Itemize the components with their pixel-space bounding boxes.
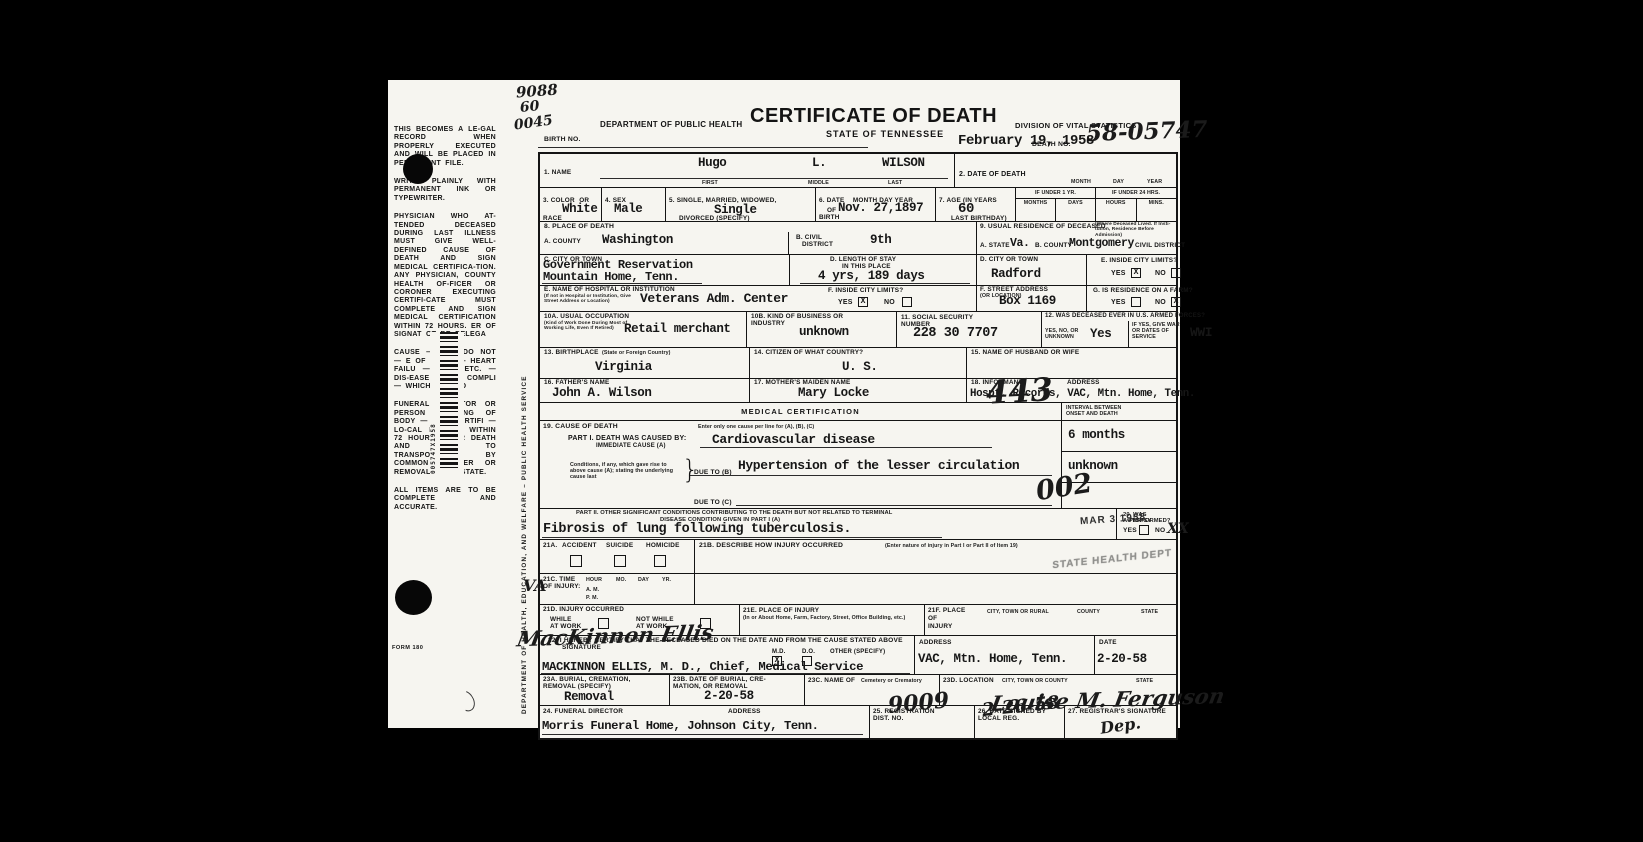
armed-value-1: Yes [1090, 328, 1111, 341]
row-hospital: E. NAME OF HOSPITAL OR INSTITUTION (If n… [540, 286, 1176, 312]
field-mother: 17. MOTHER'S MAIDEN NAME Mary Locke [750, 379, 967, 402]
23b-value: 2-20-58 [704, 690, 754, 703]
hole-punch-bottom [395, 580, 432, 615]
field-burial-type: 23A. BURIAL, CREMATION, REMOVAL (SPECIFY… [540, 675, 670, 705]
medical-certification-band: MEDICAL CERTIFICATION [540, 403, 1062, 420]
row-parents: 16. FATHER'S NAME John A. Wilson 17. MOT… [540, 379, 1176, 403]
spouse-label: 15. NAME OF HUSBAND OR WIFE [971, 349, 1079, 356]
medical-certification-title: MEDICAL CERTIFICATION [540, 403, 1061, 416]
funeral-director-value: Morris Funeral Home, Johnson City, Tenn. [542, 720, 819, 733]
row-occupation: 10A. USUAL OCCUPATION (Kind of Work Done… [540, 312, 1176, 348]
occupation-note: (Kind of Work Done During Most of Workin… [544, 321, 628, 331]
cause-a-value: Cardiovascular disease [712, 433, 875, 446]
date-of-death-day: DAY [1113, 179, 1124, 185]
state-label: STATE OF TENNESSEE [826, 129, 944, 139]
certify-line [541, 673, 910, 674]
field-birthplace: 13. BIRTHPLACE (State or Foreign Country… [540, 348, 750, 378]
street-value: Box 1169 [999, 295, 1056, 308]
field-if-under-24hrs: IF UNDER 24 HRS. HOURS MINS. [1096, 188, 1176, 221]
name-first-value: Hugo [698, 157, 726, 170]
field-residence-farm: G. IS RESIDENCE ON A FARM? YES NO X [1087, 286, 1176, 311]
name-last-value: WILSON [882, 157, 925, 170]
residence-limits-no-checkbox [1171, 268, 1181, 278]
sex-value: Male [614, 203, 642, 216]
field-age: 7. AGE (IN YEARS LAST BIRTHDAY) 60 [936, 188, 1016, 221]
23d-state-label: STATE [1136, 678, 1153, 684]
field-ssn: 11. SOCIAL SECURITY NUMBER 228 30 7707 [897, 312, 1042, 347]
barcode-bars [440, 332, 458, 472]
field-certifier-date: DATE 2-20-58 [1095, 636, 1176, 674]
21f-state-label: STATE [1141, 609, 1158, 615]
pod-limits-label: F. INSIDE CITY LIMITS? [828, 287, 903, 294]
field-place-of-injury-desc: 21E. PLACE OF INJURY (In or About Home, … [740, 605, 925, 635]
pod-limits-yes-label: YES [838, 299, 853, 306]
name-label: 1. NAME [544, 169, 571, 176]
residence-limits-label: E. INSIDE CITY LIMITS? [1101, 257, 1177, 264]
under-1yr-columns: MONTHS DAYS [1016, 198, 1095, 221]
autopsy-no-label: NO [1155, 527, 1165, 534]
residence-label: 9. USUAL RESIDENCE OF DECEASED [980, 223, 1106, 230]
armed-divider [1128, 321, 1129, 347]
color-label-3: RACE [543, 215, 562, 222]
armed-label: 12. WAS DECEASED EVER IN U.S. ARMED FORC… [1045, 313, 1205, 320]
residence-limits-yes-label: YES [1111, 270, 1126, 277]
name-line [600, 178, 948, 179]
date-of-death-month: MONTH [1071, 179, 1091, 185]
21c-day-label: DAY [638, 577, 649, 583]
color-value: White [562, 203, 598, 216]
21a-suicide-label: SUICIDE [606, 542, 633, 549]
place-of-death-label: 8. PLACE OF DEATH [544, 223, 614, 230]
interval-a-value: 6 months [1068, 429, 1125, 442]
stay-value: 4 yrs, 189 days [818, 270, 925, 283]
field-usual-residence: 9. USUAL RESIDENCE OF DECEASED (Where De… [977, 222, 1176, 254]
cause-due-c-label: DUE TO (C) [694, 499, 732, 506]
part2-line [542, 537, 942, 538]
hospital-note: (If not in Hospital or Institution, Give… [544, 294, 636, 304]
name-sub-middle: MIDDLE [808, 180, 829, 186]
field-street-address: F. STREET ADDRESS (OR LOCATION) Box 1169 [977, 286, 1087, 311]
certify-other-label: OTHER (SPECIFY) [830, 649, 885, 656]
field-length-of-stay: D. LENGTH OF STAY IN THIS PLACE 4 yrs, 1… [790, 255, 977, 285]
citizen-value: U. S. [842, 361, 878, 374]
field-hospital: E. NAME OF HOSPITAL OR INSTITUTION (If n… [540, 286, 977, 311]
field-date-of-birth: 6. DATE MONTH DAY YEAR OF BIRTH Nov. 27,… [816, 188, 936, 221]
field-industry: 10B. KIND OF BUSINESS OR INDUSTRY unknow… [747, 312, 897, 347]
field-residence-city: D. CITY OR TOWN Radford [977, 255, 1087, 285]
field-time-of-injury: 21C. TIME OF INJURY: HOUR MO. DAY YR. A.… [540, 574, 695, 604]
row-21c: 21C. TIME OF INJURY: HOUR MO. DAY YR. A.… [540, 574, 1176, 605]
residence-limits-yes-mark: X [1134, 268, 1139, 277]
interval-label-2: ONSET AND DEATH [1062, 411, 1176, 417]
funeral-director-label: 24. FUNERAL DIRECTOR [543, 708, 623, 715]
21c-am-label: A. M. [586, 587, 599, 593]
21b-label: 21B. DESCRIBE HOW INJURY OCCURRED [699, 542, 843, 549]
occupation-value: Retail merchant [624, 323, 731, 336]
21c-pm-label: P. M. [586, 595, 598, 601]
row-city: C. CITY OR TOWN Government Reservation M… [540, 255, 1176, 286]
autopsy-no-mark: XX [1167, 522, 1189, 537]
certificate-title: CERTIFICATE OF DEATH [750, 106, 997, 126]
23d-label: 23D. LOCATION [943, 677, 994, 684]
age-value: 60 [958, 203, 974, 216]
birth-no-line [538, 147, 868, 148]
margin-note-all-items: ALL ITEMS ARE TO BE COMPLETE AND ACCURAT… [394, 487, 496, 512]
cause-conditions-note: Conditions, if any, which gave rise to a… [570, 462, 682, 480]
residence-state-value: Va. [1010, 237, 1030, 250]
field-certifier-address: ADDRESS VAC, Mtn. Home, Tenn. [915, 636, 1095, 674]
cause-a-line [700, 447, 992, 448]
cause-b-line [690, 475, 1052, 476]
ssn-value: 228 30 7707 [913, 327, 998, 340]
cause-c-line [736, 505, 1052, 506]
margin-note-physician: PHYSICIAN WHO AT-TENDED DECEASED DURING … [394, 213, 496, 339]
field-burial-date: 23B. DATE OF BURIAL, CRE- MATION, OR REM… [670, 675, 805, 705]
pod-limits-no-checkbox [902, 297, 912, 307]
21f-city-label: CITY, TOWN OR RURAL [987, 609, 1049, 615]
pod-district-label-2: DISTRICT [802, 241, 833, 248]
residence-note: (Where Deceased Lived. If Insti-tution, … [1095, 222, 1179, 238]
handwritten-code-002: 002 [1035, 476, 1093, 500]
field-accident-suicide-homicide: 21A. ACCIDENT SUICIDE HOMICIDE [540, 540, 695, 573]
field-name: 1. NAME Hugo L. WILSON FIRST MIDDLE LAST [540, 154, 955, 187]
name-middle-value: L. [812, 157, 826, 170]
23a-value: Removal [564, 691, 614, 704]
farm-yes-label: YES [1111, 299, 1126, 306]
informant-address-label: ADDRESS [1067, 379, 1100, 386]
23d-note: CITY, TOWN OR COUNTY [1002, 678, 1068, 684]
field-place-of-death: 8. PLACE OF DEATH A. COUNTY Washington B… [540, 222, 977, 254]
21c-month-label: MO. [616, 577, 626, 583]
date-of-death-label: 2. DATE OF DEATH [959, 171, 1026, 178]
industry-label-2: INDUSTRY [751, 320, 785, 327]
birthplace-value: Virginia [595, 361, 652, 374]
field-citizen: 14. CITIZEN OF WHAT COUNTRY? U. S. [750, 348, 967, 378]
residence-state-label: A. STATE [980, 242, 1010, 249]
23c-label: 23C. NAME OF [808, 677, 855, 684]
field-funeral-director: 24. FUNERAL DIRECTOR ADDRESS Morris Fune… [540, 706, 870, 738]
physician-signature: MacKinnon Ellis [516, 625, 715, 647]
field-cause-of-death: 19. CAUSE OF DEATH Enter only one cause … [540, 421, 1062, 508]
interval-a-box: 6 months [1062, 421, 1176, 452]
certifier-date-value: 2-20-58 [1097, 653, 1147, 666]
birthplace-label: 13. BIRTHPLACE [544, 349, 599, 356]
injury-blank-area [695, 574, 1176, 604]
pod-limits-no-label: NO [884, 299, 895, 306]
armed-sub1: YES, NO, OR UNKNOWN [1045, 328, 1087, 340]
autopsy-yes-label: YES [1123, 527, 1137, 534]
autopsy-yes-checkbox [1139, 525, 1149, 535]
birth-no-label: BIRTH NO. [544, 136, 581, 143]
death-certificate-document: THIS BECOMES A LE-GAL RECORD WHEN PROPER… [388, 80, 1180, 728]
cause-label: 19. CAUSE OF DEATH [543, 423, 618, 430]
cause-part1-label: PART I. DEATH WAS CAUSED BY: [568, 435, 686, 442]
pod-limits-yes-mark: X [861, 297, 866, 306]
residence-limits-yes-checkbox: X [1131, 268, 1141, 278]
certifier-address-label: ADDRESS [919, 639, 952, 646]
vertical-barcode: 005747X1958 [430, 332, 464, 474]
under-24hrs-label: IF UNDER 24 HRS. [1096, 188, 1176, 196]
certifier-date-label: DATE [1099, 639, 1117, 646]
row-place-residence-header: 8. PLACE OF DEATH A. COUNTY Washington B… [540, 222, 1176, 255]
pod-county-label: A. COUNTY [544, 238, 581, 245]
cause-immediate-label: IMMEDIATE CAUSE (A) [596, 443, 666, 450]
pod-limits-yes-checkbox: X [858, 297, 868, 307]
residence-limits-no-label: NO [1155, 270, 1166, 277]
funeral-director-address-label: ADDRESS [728, 708, 761, 715]
row-demographics: 3. COLOR OR RACE White 4. SEX Male 5. SI… [540, 188, 1176, 222]
ink-mark [454, 687, 479, 714]
under-24hrs-mins: MINS. [1137, 199, 1177, 221]
residence-county-label: B. COUNTY [1035, 242, 1072, 249]
under-1yr-months: MONTHS [1016, 199, 1056, 221]
21f-label-3: INJURY [928, 623, 952, 630]
name-sub-last: LAST [888, 180, 902, 186]
hole-punch-top [403, 154, 433, 184]
mother-value: Mary Locke [798, 387, 869, 400]
21a-suicide-checkbox [614, 555, 626, 567]
field-date-of-death: 2. DATE OF DEATH MONTH DAY YEAR [955, 154, 1176, 187]
under-1yr-days: DAYS [1056, 199, 1095, 221]
farm-label: G. IS RESIDENCE ON A FARM? [1093, 287, 1193, 294]
field-marital-status: 5. SINGLE, MARRIED, WIDOWED, DIVORCED (S… [666, 188, 816, 221]
field-armed-forces: 12. WAS DECEASED EVER IN U.S. ARMED FORC… [1042, 312, 1176, 347]
registrar-dep-note: Dep. [1099, 715, 1142, 736]
21c-label-2: OF INJURY: [543, 583, 581, 590]
marital-value: Single [714, 204, 757, 217]
under-1yr-label: IF UNDER 1 YR. [1016, 188, 1095, 196]
21a-accident-checkbox [570, 555, 582, 567]
field-occupation: 10A. USUAL OCCUPATION (Kind of Work Done… [540, 312, 747, 347]
field-father: 16. FATHER'S NAME John A. Wilson [540, 379, 750, 402]
handwritten-va: VA [523, 578, 547, 593]
farm-no-label: NO [1155, 299, 1166, 306]
row-name: 1. NAME Hugo L. WILSON FIRST MIDDLE LAST… [540, 154, 1176, 188]
cause-b-value: Hypertension of the lesser circulation [738, 459, 1019, 472]
father-value: John A. Wilson [552, 387, 651, 400]
armed-value-2: WWI [1190, 326, 1212, 339]
page-background: THIS BECOMES A LE-GAL RECORD WHEN PROPER… [0, 0, 1643, 842]
handwritten-code-443: 443 [986, 382, 1053, 400]
farm-no-checkbox: X [1171, 297, 1181, 307]
21f-label-2: OF [928, 615, 937, 622]
stay-line [800, 283, 970, 284]
field-sex: 4. SEX Male [602, 188, 666, 221]
21f-county-label: COUNTY [1077, 609, 1100, 615]
part2-value: Fibrosis of lung following tuberculosis. [543, 523, 851, 536]
form-grid: 1. NAME Hugo L. WILSON FIRST MIDDLE LAST… [538, 152, 1178, 740]
birthplace-note: (State or Foreign Country) [602, 350, 671, 356]
cause-note: Enter only one cause per line for (A), (… [698, 424, 814, 430]
department-label: DEPARTMENT OF PUBLIC HEALTH [600, 120, 742, 129]
interval-header: INTERVAL BETWEEN ONSET AND DEATH [1062, 403, 1176, 420]
hospital-value: Veterans Adm. Center [640, 292, 788, 305]
21e-label: 21E. PLACE OF INJURY [743, 607, 819, 614]
funeral-director-line [542, 734, 863, 735]
row-birthplace: 13. BIRTHPLACE (State or Foreign Country… [540, 348, 1176, 379]
certifier-address-value: VAC, Mtn. Home, Tenn. [918, 653, 1067, 666]
under-24hrs-columns: HOURS MINS. [1096, 198, 1176, 221]
field-place-of-injury-location: 21F. PLACE OF INJURY CITY, TOWN OR RURAL… [925, 605, 1176, 635]
pod-divider [788, 232, 789, 254]
occupation-label: 10A. USUAL OCCUPATION [544, 313, 629, 320]
part2-label-1: PART II. OTHER SIGNIFICANT CONDITIONS CO… [576, 510, 892, 516]
21f-label-1: 21F. PLACE [928, 607, 966, 614]
pod-city-line [542, 283, 702, 284]
pod-county-value: Washington [602, 234, 673, 247]
form-number-label: FORM 180 [392, 645, 423, 651]
23c-note: Cemetery or Crematory [861, 678, 922, 684]
21a-homicide-label: HOMICIDE [646, 542, 680, 549]
form-header: BIRTH NO. DEPARTMENT OF PUBLIC HEALTH CE… [538, 86, 1178, 152]
residence-city-label: D. CITY OR TOWN [980, 256, 1038, 263]
21d-label: 21D. INJURY OCCURRED [543, 606, 624, 613]
residence-county-value: Montgomery [1069, 237, 1134, 250]
date-of-death-year: YEAR [1147, 179, 1162, 185]
dob-label-3: BIRTH [819, 214, 932, 221]
21a-accident-label: ACCIDENT [562, 542, 597, 549]
farm-no-mark: X [1174, 297, 1179, 306]
21c-year-label: YR. [662, 577, 671, 583]
barcode-number: 005747X1958 [430, 332, 437, 474]
farm-yes-checkbox [1131, 297, 1141, 307]
name-sub-first: FIRST [702, 180, 718, 186]
under-24hrs-hours: HOURS [1096, 199, 1137, 221]
pod-district-value: 9th [870, 234, 891, 247]
21e-note: (In or About Home, Farm, Factory, Street… [743, 615, 915, 621]
21b-note: (Enter nature of injury in Part I or Par… [885, 543, 1018, 549]
field-color-or-race: 3. COLOR OR RACE White [540, 188, 602, 221]
death-no-value: 58-05747 [1086, 122, 1208, 141]
certificate-form: BIRTH NO. DEPARTMENT OF PUBLIC HEALTH CE… [538, 86, 1178, 740]
armed-sub2: IF YES, GIVE WAR OR DATES OF SERVICE [1132, 322, 1188, 340]
citizen-label: 14. CITIZEN OF WHAT COUNTRY? [754, 349, 863, 356]
interval-label-1: INTERVAL BETWEEN [1062, 403, 1176, 411]
industry-value: unknown [799, 326, 849, 339]
handwritten-registration-no: 9009 [887, 693, 949, 713]
dob-value: Nov. 27,1897 [838, 202, 923, 215]
21a-homicide-checkbox [654, 555, 666, 567]
field-pod-city: C. CITY OR TOWN Government Reservation M… [540, 255, 790, 285]
residence-district-label: CIVIL DISTRICT [1135, 242, 1185, 249]
registrar-signature-value: Louise M. Ferguson [990, 688, 1226, 711]
row-medical-certification: MEDICAL CERTIFICATION INTERVAL BETWEEN O… [540, 403, 1176, 421]
field-part2: PART II. OTHER SIGNIFICANT CONDITIONS CO… [540, 509, 1117, 539]
residence-city-value: Radford [991, 268, 1041, 281]
field-residence-city-limits: E. INSIDE CITY LIMITS? YES X NO [1087, 255, 1176, 285]
21a-number: 21A. [543, 542, 557, 549]
field-if-under-1yr: IF UNDER 1 YR. MONTHS DAYS [1016, 188, 1096, 221]
21c-hour-label: HOUR [586, 577, 602, 583]
death-date-value: February 19, 1958 [958, 135, 1094, 148]
